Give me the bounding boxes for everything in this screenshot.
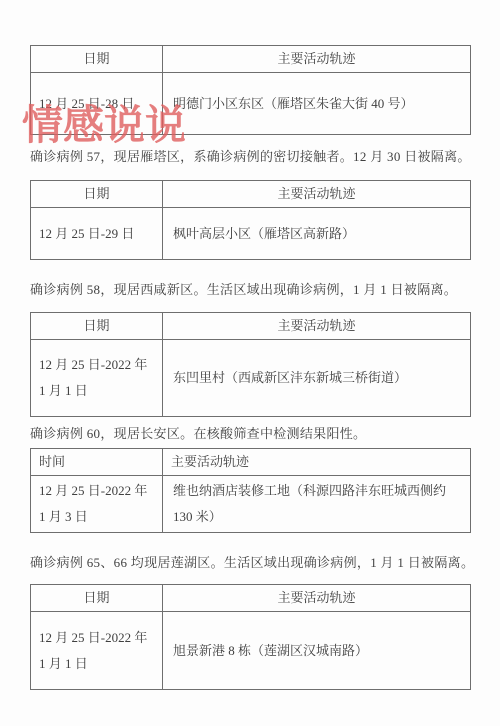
table-header-row: 时间 主要活动轨迹 — [31, 449, 471, 476]
date-column-header: 日期 — [31, 585, 163, 612]
table-header-row: 日期 主要活动轨迹 — [31, 585, 471, 612]
track-cell: 枫叶高层小区（雁塔区高新路） — [163, 208, 471, 260]
activity-track-table-1: 日期 主要活动轨迹 12 月 25 日-28 日 明德门小区东区（雁塔区朱雀大街… — [30, 45, 471, 135]
date-cell: 12 月 25 日-2022 年 1 月 1 日 — [31, 340, 163, 417]
track-cell: 东凹里村（西咸新区沣东新城三桥街道） — [163, 340, 471, 417]
document-page: 日期 主要活动轨迹 12 月 25 日-28 日 明德门小区东区（雁塔区朱雀大街… — [0, 0, 500, 690]
activity-track-table-5: 日期 主要活动轨迹 12 月 25 日-2022 年 1 月 1 日 旭景新港 … — [30, 584, 471, 690]
case-section-4: 时间 主要活动轨迹 12 月 25 日-2022 年 1 月 3 日 维也纳酒店… — [30, 448, 470, 572]
case-section-2: 日期 主要活动轨迹 12 月 25 日-29 日 枫叶高层小区（雁塔区高新路） … — [30, 180, 470, 299]
table-row: 12 月 25 日-28 日 明德门小区东区（雁塔区朱雀大街 40 号） — [31, 73, 471, 135]
case-note-3: 确诊病例 60，现居长安区。在核酸筛查中检测结果阳性。 — [30, 424, 470, 443]
track-column-header: 主要活动轨迹 — [163, 181, 471, 208]
date-column-header: 日期 — [31, 181, 163, 208]
track-cell: 旭景新港 8 栋（莲湖区汉城南路） — [163, 612, 471, 690]
table-row: 12 月 25 日-2022 年 1 月 1 日 旭景新港 8 栋（莲湖区汉城南… — [31, 612, 471, 690]
table-row: 12 月 25 日-2022 年 1 月 3 日 维也纳酒店装修工地（科源四路沣… — [31, 476, 471, 533]
case-section-1: 日期 主要活动轨迹 12 月 25 日-28 日 明德门小区东区（雁塔区朱雀大街… — [30, 45, 470, 166]
activity-track-table-3: 日期 主要活动轨迹 12 月 25 日-2022 年 1 月 1 日 东凹里村（… — [30, 312, 471, 417]
table-row: 12 月 25 日-29 日 枫叶高层小区（雁塔区高新路） — [31, 208, 471, 260]
case-section-5: 日期 主要活动轨迹 12 月 25 日-2022 年 1 月 1 日 旭景新港 … — [30, 584, 470, 690]
track-column-header: 主要活动轨迹 — [163, 585, 471, 612]
date-cell: 12 月 25 日-28 日 — [31, 73, 163, 135]
track-column-header: 主要活动轨迹 — [163, 313, 471, 340]
activity-track-table-4: 时间 主要活动轨迹 12 月 25 日-2022 年 1 月 3 日 维也纳酒店… — [30, 448, 471, 533]
date-cell: 12 月 25 日-2022 年 1 月 3 日 — [31, 476, 163, 533]
date-column-header: 日期 — [31, 46, 163, 73]
track-cell: 维也纳酒店装修工地（科源四路沣东旺城西侧约 130 米） — [163, 476, 471, 533]
track-column-header: 主要活动轨迹 — [163, 449, 471, 476]
time-column-header: 时间 — [31, 449, 163, 476]
case-note-1: 确诊病例 57，现居雁塔区，系确诊病例的密切接触者。12 月 30 日被隔离。 — [30, 147, 470, 166]
table-header-row: 日期 主要活动轨迹 — [31, 181, 471, 208]
table-header-row: 日期 主要活动轨迹 — [31, 46, 471, 73]
track-column-header: 主要活动轨迹 — [163, 46, 471, 73]
date-cell: 12 月 25 日-29 日 — [31, 208, 163, 260]
table-row: 12 月 25 日-2022 年 1 月 1 日 东凹里村（西咸新区沣东新城三桥… — [31, 340, 471, 417]
date-column-header: 日期 — [31, 313, 163, 340]
table-header-row: 日期 主要活动轨迹 — [31, 313, 471, 340]
case-section-3: 日期 主要活动轨迹 12 月 25 日-2022 年 1 月 1 日 东凹里村（… — [30, 312, 470, 443]
case-note-4: 确诊病例 65、66 均现居莲湖区。生活区域出现确诊病例，1 月 1 日被隔离。 — [30, 553, 470, 572]
track-cell: 明德门小区东区（雁塔区朱雀大街 40 号） — [163, 73, 471, 135]
date-cell: 12 月 25 日-2022 年 1 月 1 日 — [31, 612, 163, 690]
activity-track-table-2: 日期 主要活动轨迹 12 月 25 日-29 日 枫叶高层小区（雁塔区高新路） — [30, 180, 471, 260]
case-note-2: 确诊病例 58，现居西咸新区。生活区域出现确诊病例，1 月 1 日被隔离。 — [30, 280, 470, 299]
